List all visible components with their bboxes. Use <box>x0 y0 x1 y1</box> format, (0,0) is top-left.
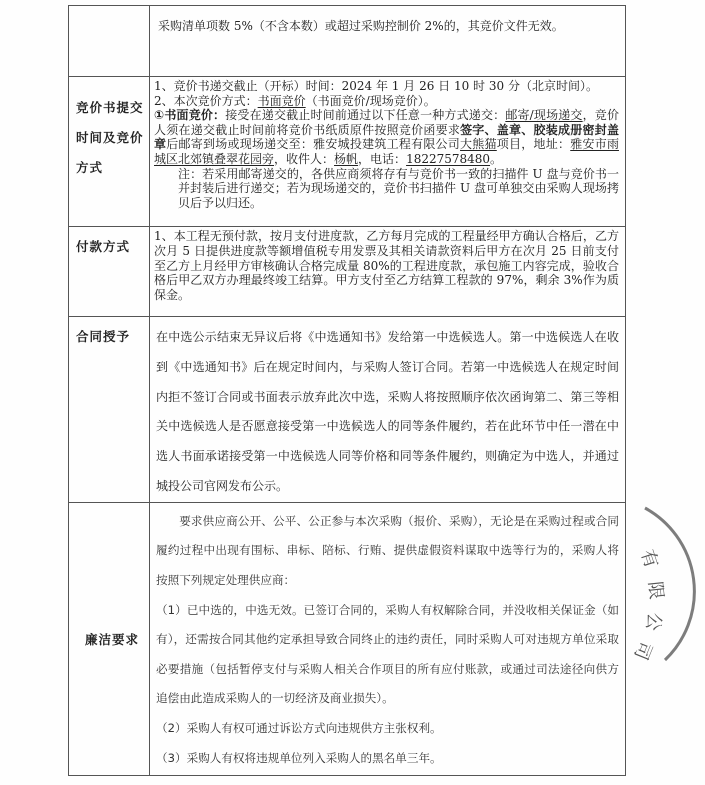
payment-terms-text: 1、本工程无预付款，按月支付进度款，乙方每月完成的工程量经甲方确认合格后，乙方次… <box>154 229 619 303</box>
table-row-contract-award: 合同授予 在中选公示结束无异议后将《中选通知书》发给第一中选候选人。第一中选候选… <box>69 317 626 503</box>
bid-method-item: 2、本次竞价方式：书面竞价（书面竞价/现场竞价）。 <box>154 94 619 109</box>
row-content: 采购清单项数 5%（不含本数）或超过采购控制价 2%的，其竞价文件无效。 <box>150 6 626 77</box>
row-content: 1、竞价书递交截止（开标）时间：2024 年 1 月 26 日 10 时 30 … <box>150 77 626 227</box>
bid-method-value: 书面竞价 <box>258 94 306 108</box>
deadline-item: 1、竞价书递交截止（开标）时间：2024 年 1 月 26 日 10 时 30 … <box>154 79 619 94</box>
label-line: 方式 <box>76 153 149 183</box>
written-bid-title: ①书面竞价： <box>154 108 225 122</box>
text-segment: ，收件人： <box>274 152 334 166</box>
table-row-submission-time-and-method: 竞价书提交 时间及竞价 方式 1、竞价书递交截止（开标）时间：2024 年 1 … <box>69 77 626 227</box>
contract-award-label: 合同授予 <box>69 317 149 345</box>
row-content: 在中选公示结束无异议后将《中选通知书》发给第一中选候选人。第一中选候选人在收到《… <box>150 317 626 503</box>
written-bid-item: ①书面竞价：接受在递交截止时间前通过以下任意一种方式递交：邮寄/现场递交，竞价人… <box>154 108 619 166</box>
contract-award-text: 在中选公示结束无异议后将《中选通知书》发给第一中选候选人。第一中选候选人在收到《… <box>156 323 619 502</box>
svg-text:司: 司 <box>630 638 656 663</box>
svg-text:公: 公 <box>642 611 665 632</box>
procurement-terms-table: 采购清单项数 5%（不含本数）或超过采购控制价 2%的，其竞价文件无效。 竞价书… <box>68 5 626 776</box>
invalid-bid-text: 采购清单项数 5%（不含本数）或超过采购控制价 2%的，其竞价文件无效。 <box>158 18 617 34</box>
integrity-clause-3: （3）采购人有权将违规单位列入采购人的黑名单三年。 <box>156 744 619 774</box>
integrity-clause-2: （2）采购人有权可通过诉讼方式向违规供方主张权利。 <box>156 714 619 744</box>
text-segment: 接受在递交截止时间前通过以下任意一种方式递交： <box>225 108 505 122</box>
payment-label: 付款方式 <box>69 227 149 255</box>
row-label: 付款方式 <box>69 227 150 317</box>
text-segment: 。 <box>490 152 502 166</box>
submission-note: 注：若采用邮寄递交的，各供应商须将存有与竞价书一致的扫描件 U 盘与竞价书一并封… <box>154 167 619 211</box>
document-page: 采购清单项数 5%（不含本数）或超过采购控制价 2%的，其竞价文件无效。 竞价书… <box>0 0 705 785</box>
bid-method-options: （书面竞价/现场竞价）。 <box>306 94 436 108</box>
submission-mode: 邮寄/现场递交 <box>505 108 582 122</box>
row-label: 合同授予 <box>69 317 150 503</box>
text-segment: 项目，地址： <box>497 137 570 151</box>
table-row-integrity-requirements: 廉洁要求 要求供应商公开、公平、公正参与本次采购（报价、采购），无论是在采购过程… <box>69 502 626 775</box>
text-segment: 后邮寄到场或现场递交至：雅安城投建筑工程有限公司 <box>166 137 460 151</box>
row-content: 1、本工程无预付款，按月支付进度款，乙方每月完成的工程量经甲方确认合格后，乙方次… <box>150 227 626 317</box>
table-row-payment-method: 付款方式 1、本工程无预付款，按月支付进度款，乙方每月完成的工程量经甲方确认合格… <box>69 227 626 317</box>
svg-text:有: 有 <box>636 547 662 571</box>
label-line: 竞价书提交 <box>76 93 149 123</box>
label-line: 时间及竞价 <box>76 123 149 153</box>
row-content: 要求供应商公开、公平、公正参与本次采购（报价、采购），无论是在采购过程或合同履约… <box>150 502 626 775</box>
phone-number: 18227578480 <box>406 152 490 166</box>
integrity-label: 廉洁要求 <box>69 630 149 648</box>
table-row-invalid-bid-clause: 采购清单项数 5%（不含本数）或超过采购控制价 2%的，其竞价文件无效。 <box>69 6 626 77</box>
row-label: 竞价书提交 时间及竞价 方式 <box>69 77 150 227</box>
row-label: 廉洁要求 <box>69 502 150 775</box>
row-label-empty <box>69 6 150 77</box>
svg-text:限: 限 <box>644 580 667 600</box>
project-name: 大熊猫 <box>460 137 497 151</box>
integrity-clause-1: （1）已中选的，中选无效。已签订合同的，采购人有权解除合同，并没收相关保证金（如… <box>156 596 619 714</box>
recipient-name: 杨帆 <box>334 152 358 166</box>
bid-method-prefix: 2、本次竞价方式： <box>154 94 258 108</box>
text-segment: ，电话： <box>358 152 406 166</box>
integrity-intro: 要求供应商公开、公平、公正参与本次采购（报价、采购），无论是在采购过程或合同履约… <box>156 507 619 596</box>
